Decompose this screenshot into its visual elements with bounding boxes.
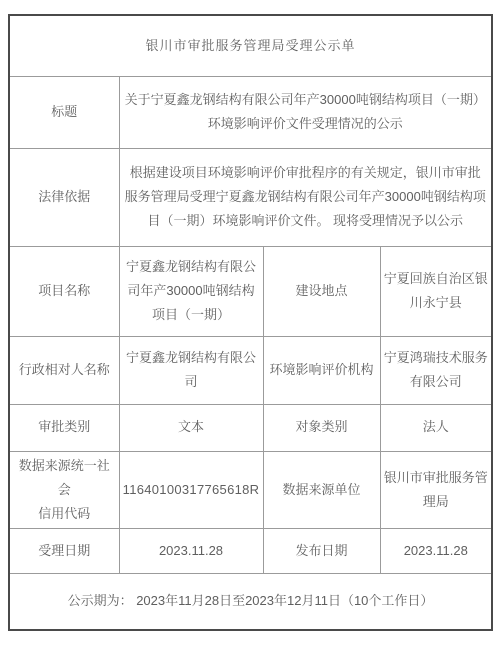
label-administrative-counterpart: 行政相对人名称 bbox=[9, 336, 119, 404]
value-administrative-counterpart: 宁夏鑫龙钢结构有限公 司 bbox=[119, 336, 263, 404]
notice-table: 银川市审批服务管理局受理公示单 标题 关于宁夏鑫龙钢结构有限公司年产30000吨… bbox=[8, 14, 493, 631]
label-acceptance-date: 受理日期 bbox=[9, 528, 119, 573]
label-eia-agency: 环境影响评价机构 bbox=[263, 336, 380, 404]
row-project: 项目名称 宁夏鑫龙钢结构有限公 司年产30000吨钢结构 项目（一期） 建设地点… bbox=[9, 246, 492, 336]
label-approval-category: 审批类别 bbox=[9, 404, 119, 451]
value-legal-basis: 根据建设项目环境影响评价审批程序的有关规定，银川市审批 服务管理局受理宁夏鑫龙钢… bbox=[119, 148, 492, 246]
label-credit-code: 数据来源统一社会 信用代码 bbox=[9, 451, 119, 528]
value-object-category: 法人 bbox=[380, 404, 492, 451]
label-data-source-unit: 数据来源单位 bbox=[263, 451, 380, 528]
label-construction-site: 建设地点 bbox=[263, 246, 380, 336]
row-credit-code: 数据来源统一社会 信用代码 11640100317765618R 数据来源单位 … bbox=[9, 451, 492, 528]
row-publicity-period: 公示期为： 2023年11月28日至2023年12月11日（10个工作日） bbox=[9, 573, 492, 630]
row-document-title: 银川市审批服务管理局受理公示单 bbox=[9, 15, 492, 76]
row-dates: 受理日期 2023.11.28 发布日期 2023.11.28 bbox=[9, 528, 492, 573]
label-notice-title: 标题 bbox=[9, 76, 119, 148]
value-publish-date: 2023.11.28 bbox=[380, 528, 492, 573]
document-title: 银川市审批服务管理局受理公示单 bbox=[9, 15, 492, 76]
value-approval-category: 文本 bbox=[119, 404, 263, 451]
row-category: 审批类别 文本 对象类别 法人 bbox=[9, 404, 492, 451]
value-data-source-unit: 银川市审批服务管 理局 bbox=[380, 451, 492, 528]
page-background: { "colors": { "background": "#ffffff", "… bbox=[0, 14, 500, 648]
value-acceptance-date: 2023.11.28 bbox=[119, 528, 263, 573]
label-project-name: 项目名称 bbox=[9, 246, 119, 336]
row-legal-basis: 法律依据 根据建设项目环境影响评价审批程序的有关规定，银川市审批 服务管理局受理… bbox=[9, 148, 492, 246]
value-project-name: 宁夏鑫龙钢结构有限公 司年产30000吨钢结构 项目（一期） bbox=[119, 246, 263, 336]
value-notice-title: 关于宁夏鑫龙钢结构有限公司年产30000吨钢结构项目（一期） 环境影响评价文件受… bbox=[119, 76, 492, 148]
row-notice-title: 标题 关于宁夏鑫龙钢结构有限公司年产30000吨钢结构项目（一期） 环境影响评价… bbox=[9, 76, 492, 148]
value-eia-agency: 宁夏鸿瑞技术服务 有限公司 bbox=[380, 336, 492, 404]
publicity-period-text: 公示期为： 2023年11月28日至2023年12月11日（10个工作日） bbox=[9, 573, 492, 630]
label-publish-date: 发布日期 bbox=[263, 528, 380, 573]
row-counterpart: 行政相对人名称 宁夏鑫龙钢结构有限公 司 环境影响评价机构 宁夏鸿瑞技术服务 有… bbox=[9, 336, 492, 404]
value-credit-code: 11640100317765618R bbox=[119, 451, 263, 528]
label-legal-basis: 法律依据 bbox=[9, 148, 119, 246]
label-object-category: 对象类别 bbox=[263, 404, 380, 451]
value-construction-site: 宁夏回族自治区银 川永宁县 bbox=[380, 246, 492, 336]
